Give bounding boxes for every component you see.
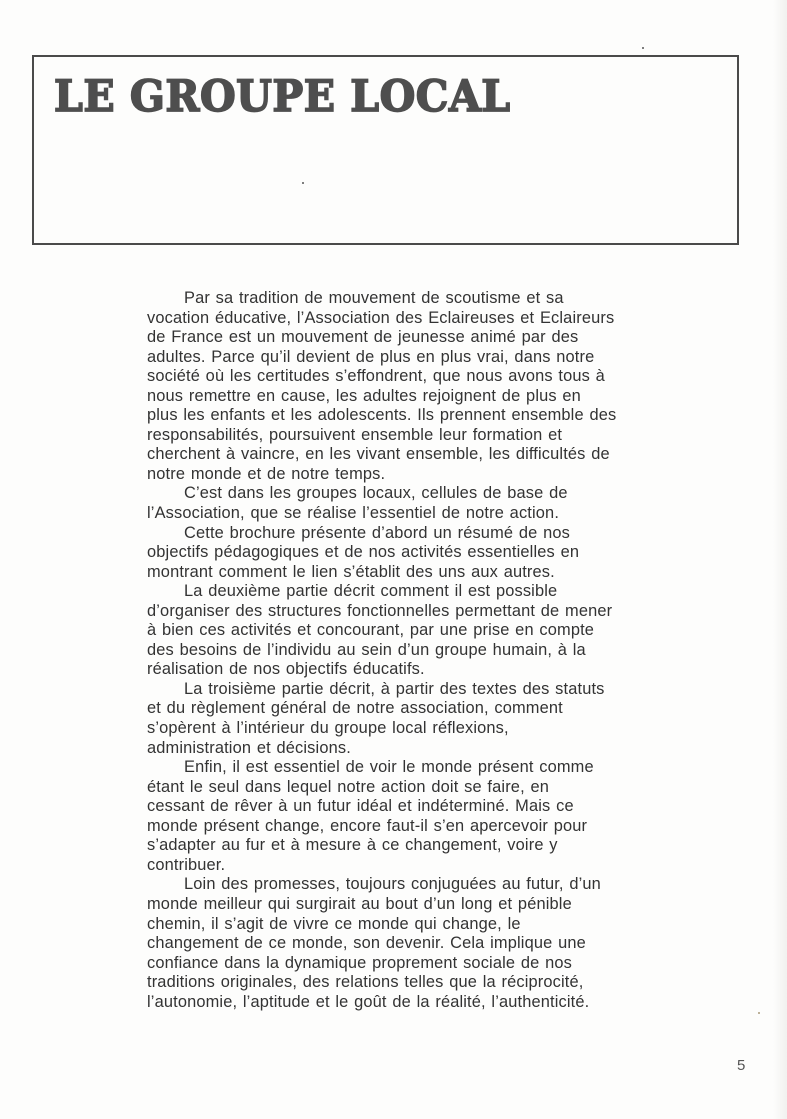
page-number: 5	[737, 1057, 745, 1074]
paragraph-line: des besoins de l’individu au sein d’un g…	[147, 641, 757, 661]
paragraph-line: d’organiser des structures fonctionnelle…	[147, 602, 757, 622]
page-title: LE GROUPE LOCAL	[54, 71, 511, 121]
paragraph-line: traditions originales, des relations tel…	[147, 973, 757, 993]
paragraph-first-line: Enfin, il est essentiel de voir le monde…	[147, 758, 757, 778]
title-box: LE GROUPE LOCAL	[32, 55, 739, 245]
paragraph: Loin des promesses, toujours conjuguées …	[147, 875, 757, 1012]
paragraph: Cette brochure présente d’abord un résum…	[147, 524, 757, 583]
paragraph-first-line: Loin des promesses, toujours conjuguées …	[147, 875, 757, 895]
page-edge-shadow	[773, 0, 787, 1119]
paragraph: La deuxième partie décrit comment il est…	[147, 582, 757, 680]
paragraph-line: administration et décisions.	[147, 739, 757, 759]
body-text: Par sa tradition de mouvement de scoutis…	[147, 289, 757, 1012]
paragraph-line: confiance dans la dynamique proprement s…	[147, 954, 757, 974]
paragraph-line: vocation éducative, l’Association des Ec…	[147, 309, 757, 329]
paragraph-line: montrant comment le lien s’établit des u…	[147, 563, 757, 583]
paragraph-line: nous remettre en cause, les adultes rejo…	[147, 387, 757, 407]
paragraph-line: société où les certitudes s’effondrent, …	[147, 367, 757, 387]
paragraph-first-line: La troisième partie décrit, à partir des…	[147, 680, 757, 700]
paragraph-line: s’opèrent à l’intérieur du groupe local …	[147, 719, 757, 739]
paragraph-line: et du règlement général de notre associa…	[147, 699, 757, 719]
paragraph-line: s’adapter au fur et à mesure à ce change…	[147, 836, 757, 856]
paragraph-first-line: Cette brochure présente d’abord un résum…	[147, 524, 757, 544]
paragraph-line: cherchent à vaincre, en les vivant ensem…	[147, 445, 757, 465]
paragraph-first-line: Par sa tradition de mouvement de scoutis…	[147, 289, 757, 309]
scan-speck	[642, 47, 644, 49]
paragraph: C’est dans les groupes locaux, cellules …	[147, 484, 757, 523]
paragraph-line: étant le seul dans lequel notre action d…	[147, 778, 757, 798]
paragraph-line: changement de ce monde, son devenir. Cel…	[147, 934, 757, 954]
scan-speck	[758, 1012, 760, 1014]
paragraph-line: l’Association, que se réalise l’essentie…	[147, 504, 757, 524]
paragraph-line: monde présent change, encore faut-il s’e…	[147, 817, 757, 837]
paragraph: La troisième partie décrit, à partir des…	[147, 680, 757, 758]
paragraph-line: l’autonomie, l’aptitude et le goût de la…	[147, 993, 757, 1013]
paragraph-first-line: C’est dans les groupes locaux, cellules …	[147, 484, 757, 504]
paragraph: Enfin, il est essentiel de voir le monde…	[147, 758, 757, 875]
paragraph-line: objectifs pédagogiques et de nos activit…	[147, 543, 757, 563]
paragraph-line: de France est un mouvement de jeunesse a…	[147, 328, 757, 348]
paragraph-line: à bien ces activités et concourant, par …	[147, 621, 757, 641]
paragraph-line: plus les enfants et les adolescents. Ils…	[147, 406, 757, 426]
paragraph-line: monde meilleur qui surgirait au bout d’u…	[147, 895, 757, 915]
paragraph-line: notre monde et de notre temps.	[147, 465, 757, 485]
paragraph-first-line: La deuxième partie décrit comment il est…	[147, 582, 757, 602]
paragraph-line: chemin, il s’agit de vivre ce monde qui …	[147, 915, 757, 935]
scan-speck	[302, 182, 304, 184]
paragraph-line: contribuer.	[147, 856, 757, 876]
paragraph-line: cessant de rêver à un futur idéal et ind…	[147, 797, 757, 817]
paragraph: Par sa tradition de mouvement de scoutis…	[147, 289, 757, 484]
paragraph-line: réalisation de nos objectifs éducatifs.	[147, 660, 757, 680]
paragraph-line: responsabilités, poursuivent ensemble le…	[147, 426, 757, 446]
paragraph-line: adultes. Parce qu’il devient de plus en …	[147, 348, 757, 368]
